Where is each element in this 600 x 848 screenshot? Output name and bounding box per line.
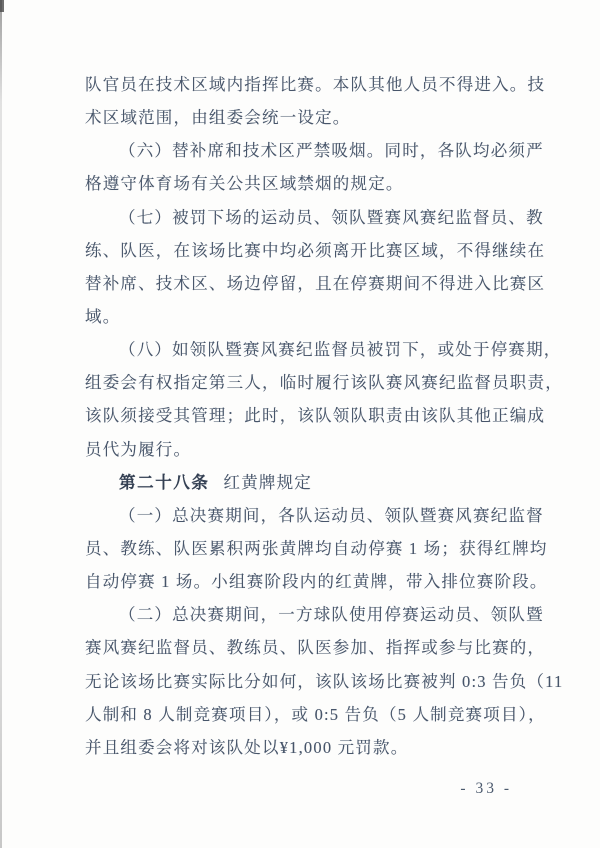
text-line-paragraph-start: （六）替补席和技术区严禁吸烟。同时，各队均必须严	[85, 134, 555, 167]
text-line-paragraph-start: （八）如领队暨赛风赛纪监督员被罚下，或处于停赛期，	[85, 333, 555, 366]
text-line: 队官员在技术区域内指挥比赛。本队其他人员不得进入。技	[85, 68, 555, 101]
text-line: 人制和 8 人制竞赛项目），或 0:5 告负（5 人制竞赛项目），	[85, 698, 555, 731]
text-line: 赛风赛纪监督员、教练员、队医参加、指挥或参与比赛的，	[85, 631, 555, 664]
text-line: 该队须接受其管理；此时，该队领队职责由该队其他正编成	[85, 399, 555, 432]
text-line: 域。	[85, 300, 555, 333]
text-line-paragraph-start: （一）总决赛期间，各队运动员、领队暨赛风赛纪监督	[85, 499, 555, 532]
text-line: 自动停赛 1 场。小组赛阶段内的红黄牌，带入排位赛阶段。	[85, 565, 555, 598]
text-line: 组委会有权指定第三人，临时履行该队赛风赛纪监督员职责，	[85, 366, 555, 399]
text-line: 术区域范围，由组委会统一设定。	[85, 101, 555, 134]
scan-corner-artifact	[0, 0, 4, 12]
text-line: 练、队医，在该场比赛中均必须离开比赛区域，不得继续在	[85, 234, 555, 267]
text-line-paragraph-start: （七）被罚下场的运动员、领队暨赛风赛纪监督员、教	[85, 201, 555, 234]
text-line: 并且组委会将对该队处以¥1,000 元罚款。	[85, 731, 555, 764]
scanned-document-page: 队官员在技术区域内指挥比赛。本队其他人员不得进入。技 术区域范围，由组委会统一设…	[0, 0, 600, 848]
page-number: - 33 -	[460, 780, 512, 798]
text-line: 无论该场比赛实际比分如何，该队该场比赛被判 0:3 告负（11	[85, 665, 555, 698]
text-line: 替补席、技术区、场边停留，且在停赛期间不得进入比赛区	[85, 267, 555, 300]
article-number: 第二十八条	[119, 473, 210, 492]
text-line-paragraph-start: （二）总决赛期间，一方球队使用停赛运动员、领队暨	[85, 598, 555, 631]
scan-edge-artifact	[0, 0, 2, 848]
article-heading: 第二十八条红黄牌规定	[85, 466, 555, 499]
text-line: 格遵守体育场有关公共区域禁烟的规定。	[85, 167, 555, 200]
text-line: 员、教练、队医累积两张黄牌均自动停赛 1 场；获得红牌均	[85, 532, 555, 565]
article-title: 红黄牌规定	[224, 473, 313, 492]
document-body: 队官员在技术区域内指挥比赛。本队其他人员不得进入。技 术区域范围，由组委会统一设…	[85, 68, 555, 764]
text-line: 员代为履行。	[85, 433, 555, 466]
